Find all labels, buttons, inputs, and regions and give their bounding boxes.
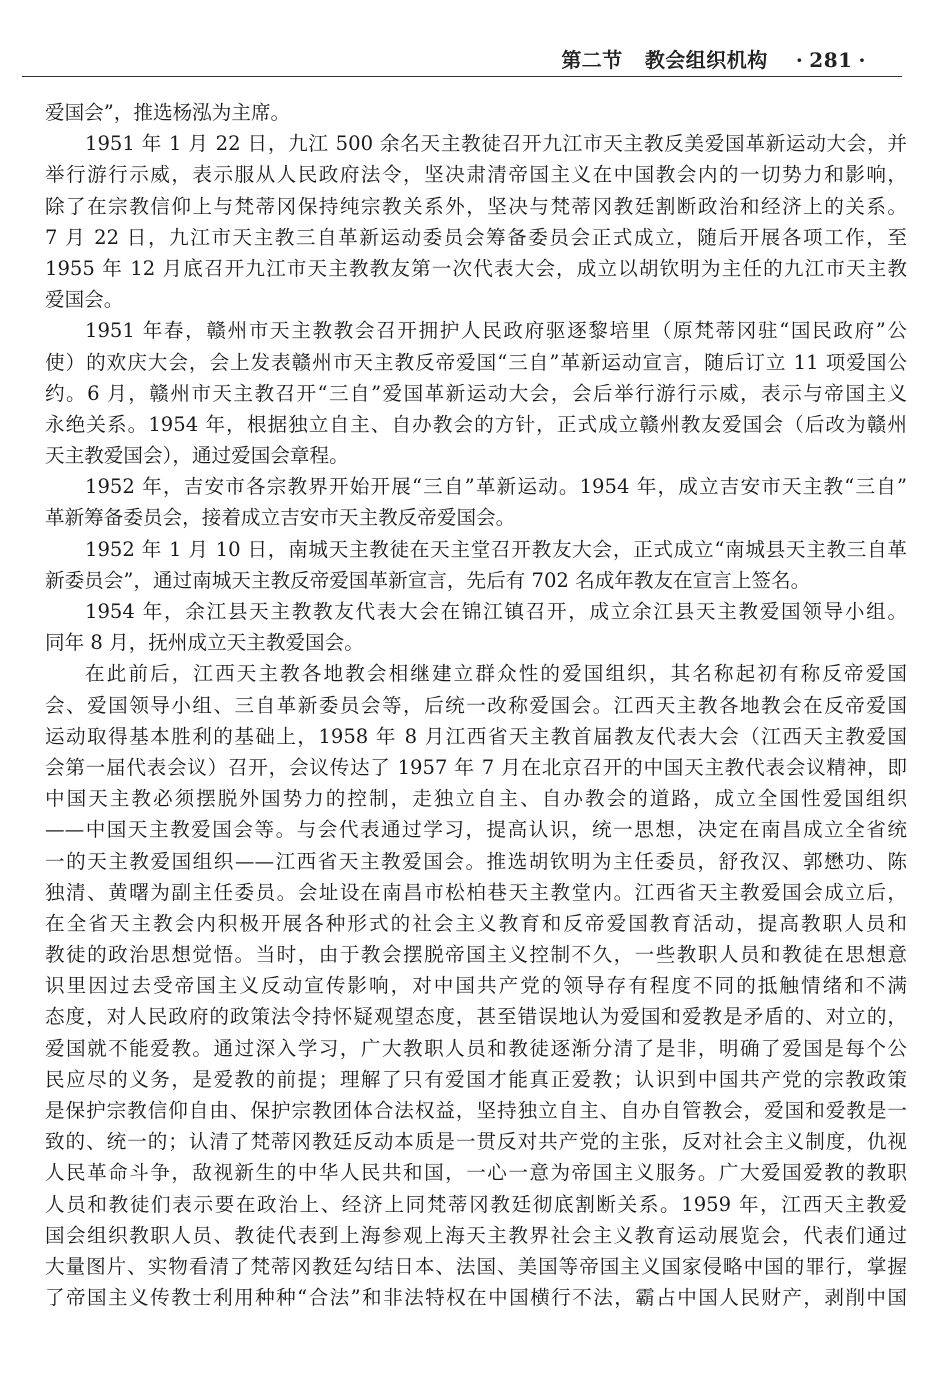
section-title: 教会组织机构 [645,48,768,72]
text-line: 运动取得基本胜利的基础上，1958 年 8 月江西省天主教首届教友代表大会（江西… [45,721,907,752]
text-line: 1955 年 12 月底召开九江市天主教教友第一次代表大会，成立以胡钦明为主任的… [45,253,907,284]
text-line: 新委员会”，通过南城天主教反帝爱国革新宣言，先后有 702 名成年教友在宣言上签… [45,565,907,596]
text-line: 民应尽的义务，是爱教的前提；理解了只有爱国才能真正爱教；认识到中国共产党的宗教政… [45,1064,907,1095]
body-text: 爱国会”，推选杨泓为主席。1951 年 1 月 22 日，九江 500 余名天主… [45,97,907,1313]
page-number: 281 [809,48,852,72]
text-line: 1952 年 1 月 10 日，南城天主教徒在天主堂召开教友大会，正式成立“南城… [45,534,907,565]
text-line: 1951 年春，赣州市天主教教会召开拥护人民政府驱逐黎培里（原梵蒂冈驻“国民政府… [45,315,907,346]
text-line: 爱国会。 [45,284,907,315]
text-line: 永绝关系。1954 年，根据独立自主、自办教会的方针，正式成立赣州教友爱国会（后… [45,409,907,440]
text-line: 独清、黄曙为副主任委员。会址设在南昌市松柏巷天主教堂内。江西省天主教爱国会成立后… [45,877,907,908]
text-line: 是保护宗教信仰自由、保护宗教团体合法权益，坚持独立自主、自办自管教会，爱国和爱教… [45,1095,907,1126]
text-line: 同年 8 月，抚州成立天主教爱国会。 [45,627,907,658]
text-line: 中国天主教必须摆脱外国势力的控制，走独立自主、自办教会的道路，成立全国性爱国组织 [45,783,907,814]
text-line: 天主教爱国会），通过爱国会章程。 [45,440,907,471]
text-line: 除了在宗教信仰上与梵蒂冈保持纯宗教关系外，坚决与梵蒂冈教廷割断政治和经济上的关系… [45,191,907,222]
text-line: 革新筹备委员会，接着成立吉安市天主教反帝爱国会。 [45,502,907,533]
header-rule [22,76,902,77]
text-line: 教徒的政治思想觉悟。当时，由于教会摆脱帝国主义控制不久，一些教职人员和教徒在思想… [45,939,907,970]
text-line: 了帝国主义传教士利用种种“合法”和非法特权在中国横行不法，霸占中国人民财产，剥削… [45,1282,907,1313]
text-line: 会、爱国领导小组、三自革新委员会等，后统一改称爱国会。江西天主教各地教会在反帝爱… [45,690,907,721]
text-line: 使）的欢庆大会，会上发表赣州市天主教反帝爱国“三自”革新运动宣言，随后订立 11… [45,347,907,378]
text-line: 大量图片、实物看清了梵蒂冈教廷勾结日本、法国、美国等帝国主义国家侵略中国的罪行，… [45,1251,907,1282]
book-page: 第二节教会组织机构·281· 爱国会”，推选杨泓为主席。1951 年 1 月 2… [0,0,950,1400]
text-line: 1954 年，余江县天主教教友代表大会在锦江镇召开，成立余江县天主教爱国领导小组… [45,596,907,627]
text-line: 爱国就不能爱教。通过深入学习，广大教职人员和教徒逐渐分清了是非，明确了爱国是每个… [45,1033,907,1064]
text-line: 人民革命斗争，敌视新生的中华人民共和国，一心一意为帝国主义服务。广大爱国爱教的教… [45,1157,907,1188]
section-label: 第二节 [561,48,623,72]
text-line: 态度，对人民政府的政策法令持怀疑观望态度，甚至错误地认为爱国和爱教是矛盾的、对立… [45,1001,907,1032]
text-line: 国会组织教职人员、教徒代表到上海参观上海天主教界社会主义教育运动展览会，代表们通… [45,1220,907,1251]
text-line: 爱国会”，推选杨泓为主席。 [45,97,907,128]
running-header: 第二节教会组织机构·281· [561,44,872,73]
text-line: 约。6 月，赣州市天主教召开“三自”爱国革新运动大会，会后举行游行示威，表示与帝… [45,378,907,409]
text-line: 在全省天主教会内积极开展各种形式的社会主义教育和反帝爱国教育活动，提高教职人员和 [45,908,907,939]
text-line: 1952 年，吉安市各宗教界开始开展“三自”革新运动。1954 年，成立吉安市天… [45,471,907,502]
text-line: 识里因过去受帝国主义反动宣传影响，对中国共产党的领导存有程度不同的抵触情绪和不满 [45,970,907,1001]
text-line: 一的天主教爱国组织——江西省天主教爱国会。推选胡钦明为主任委员，舒孜汉、郭懋功、… [45,846,907,877]
text-line: 人员和教徒们表示要在政治上、经济上同梵蒂冈教廷彻底割断关系。1959 年，江西天… [45,1189,907,1220]
text-line: 致的、统一的；认清了梵蒂冈教廷反动本质是一贯反对共产党的主张，反对社会主义制度，… [45,1126,907,1157]
text-line: 举行游行示威，表示服从人民政府法令，坚决肃清帝国主义在中国教会内的一切势力和影响… [45,159,907,190]
text-line: ——中国天主教爱国会等。与会代表通过学习，提高认识，统一思想，决定在南昌成立全省… [45,814,907,845]
text-line: 会第一届代表会议）召开，会议传达了 1957 年 7 月在北京召开的中国天主教代… [45,752,907,783]
text-line: 在此前后，江西天主教各地教会相继建立群众性的爱国组织，其名称起初有称反帝爱国 [45,658,907,689]
page-number-dot-left: · [796,48,803,72]
text-line: 7 月 22 日，九江市天主教三自革新运动委员会筹备委员会正式成立，随后开展各项… [45,222,907,253]
page-number-dot-right: · [859,48,866,72]
text-line: 1951 年 1 月 22 日，九江 500 余名天主教徒召开九江市天主教反美爱… [45,128,907,159]
